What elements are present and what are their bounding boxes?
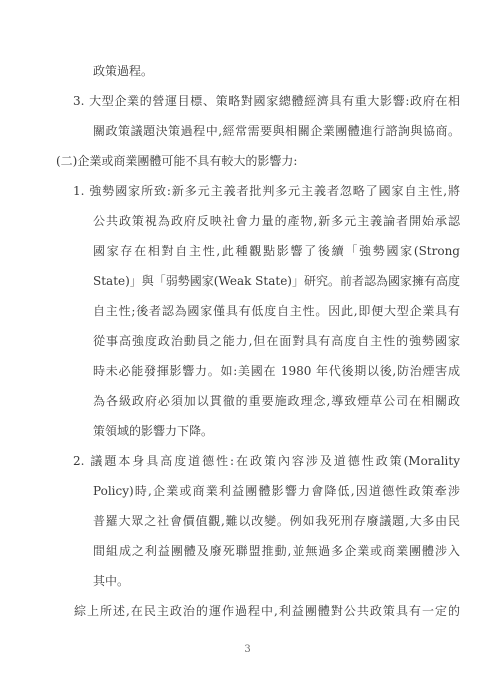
list-marker: 1.: [73, 184, 88, 198]
list-item-2-line: 2.議題本身具高度道德性:在政策內容涉及道德性政策(Morality: [73, 446, 460, 476]
list-marker: 2.: [73, 454, 88, 468]
text-line: 普羅大眾之社會價值觀,難以改變。例如我死刑存廢議題,大多由民: [93, 506, 460, 536]
summary-line: 綜上所述,在民主政治的運作過程中,利益團體對公共政策具有一定的: [74, 596, 460, 626]
text-line: 策領域的影響力下降。: [93, 416, 460, 446]
text-line: 從事高強度政治動員之能力,但在面對具有高度自主性的強勢國家: [93, 326, 460, 356]
section-heading: (二)企業或商業團體可能不具有較大的影響力:: [56, 146, 460, 176]
text-line: Policy)時,企業或商業利益團體影響力會降低,因道德性政策牽涉: [93, 476, 460, 506]
list-marker: 3.: [73, 94, 88, 108]
text-line: 政策過程。: [93, 56, 460, 86]
text-line: 議題本身具高度道德性:在政策內容涉及道德性政策(Morality: [88, 454, 460, 468]
document-text: 政策過程。 3.大型企業的營運目標、策略對國家總體經濟具有重大影響:政府在相 關…: [0, 56, 495, 626]
text-line: 大型企業的營運目標、策略對國家總體經濟具有重大影響:政府在相: [88, 94, 460, 108]
text-line: 時未必能發揮影響力。如:美國在 1980 年代後期以後,防治煙害成: [93, 356, 460, 386]
text-line: 間組成之利益團體及廢死聯盟推動,並無過多企業或商業團體涉入: [93, 536, 460, 566]
list-item-3-line: 3.大型企業的營運目標、策略對國家總體經濟具有重大影響:政府在相: [73, 86, 460, 116]
text-line: 關政策議題決策過程中,經常需要與相關企業團體進行諮詢與協商。: [93, 116, 460, 146]
page-number: 3: [0, 643, 495, 657]
list-item-1-line: 1.強勢國家所致:新多元主義者批判多元主義者忽略了國家自主性,將: [73, 176, 460, 206]
document-page: 政策過程。 3.大型企業的營運目標、策略對國家總體經濟具有重大影響:政府在相 關…: [0, 0, 495, 700]
text-line: 國家存在相對自主性,此種觀點影響了後續「強勢國家(Strong: [93, 236, 460, 266]
text-line: 其中。: [93, 566, 460, 596]
text-line: 自主性;後者認為國家僅具有低度自主性。因此,即便大型企業具有: [93, 296, 460, 326]
text-line: 強勢國家所致:新多元主義者批判多元主義者忽略了國家自主性,將: [88, 184, 460, 198]
text-line: 公共政策視為政府反映社會力量的產物,新多元主義論者開始承認: [93, 206, 460, 236]
text-line: 為各級政府必須加以貫徹的重要施政理念,導致煙草公司在相關政: [93, 386, 460, 416]
text-line: State)」與「弱勢國家(Weak State)」研究。前者認為國家擁有高度: [93, 266, 460, 296]
